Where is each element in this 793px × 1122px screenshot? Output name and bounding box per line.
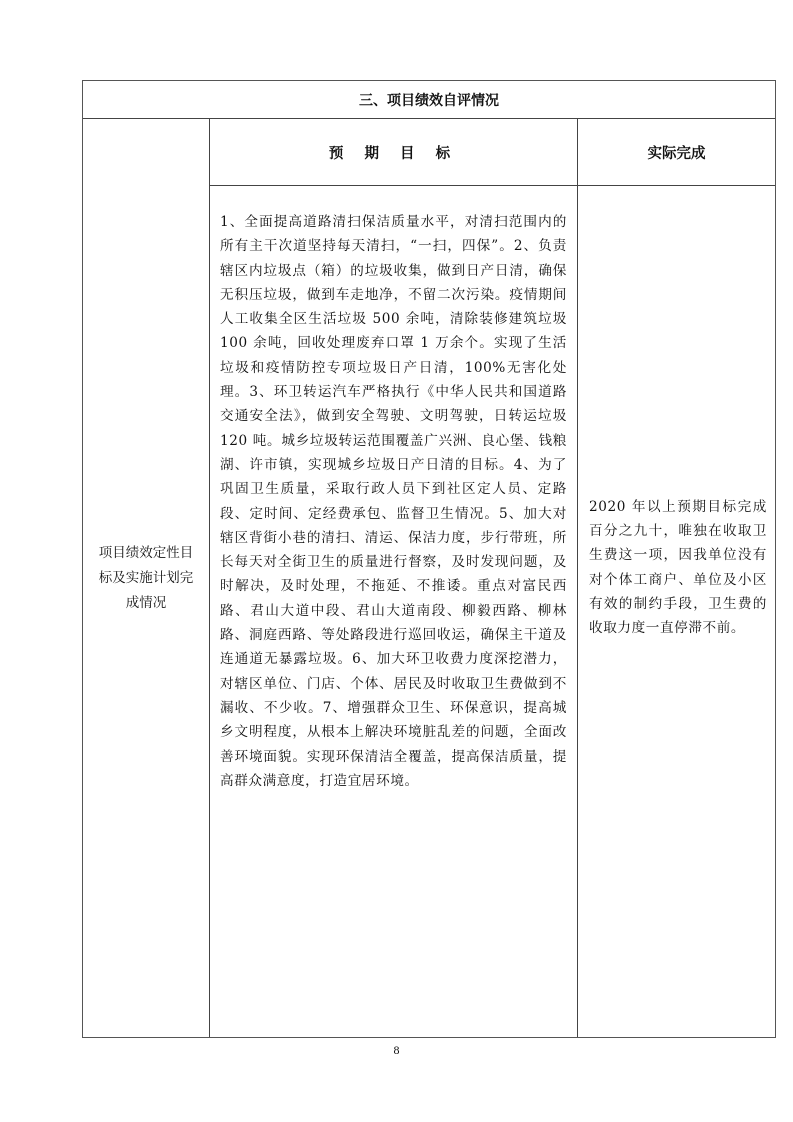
row-label: 项目绩效定性目标及实施计划完成情况 (96, 541, 196, 616)
header-expected-goal: 预 期 目 标 (210, 119, 578, 186)
section-title: 三、项目绩效自评情况 (83, 81, 775, 119)
page-number: 8 (0, 1043, 793, 1058)
row-label-cell: 项目绩效定性目标及实施计划完成情况 (83, 119, 210, 1037)
expected-goal-text: 1、全面提高道路清扫保洁质量水平，对清扫范围内的所有主干次道坚持每天清扫，“一扫… (210, 186, 578, 1037)
performance-table: 三、项目绩效自评情况 项目绩效定性目标及实施计划完成情况 预 期 目 标 实际完… (82, 80, 776, 1038)
actual-completion-text: 2020 年以上预期目标完成百分之九十，唯独在收取卫生费这一项，因我单位没有对个… (578, 186, 775, 1037)
header-actual-completion: 实际完成 (578, 119, 775, 186)
